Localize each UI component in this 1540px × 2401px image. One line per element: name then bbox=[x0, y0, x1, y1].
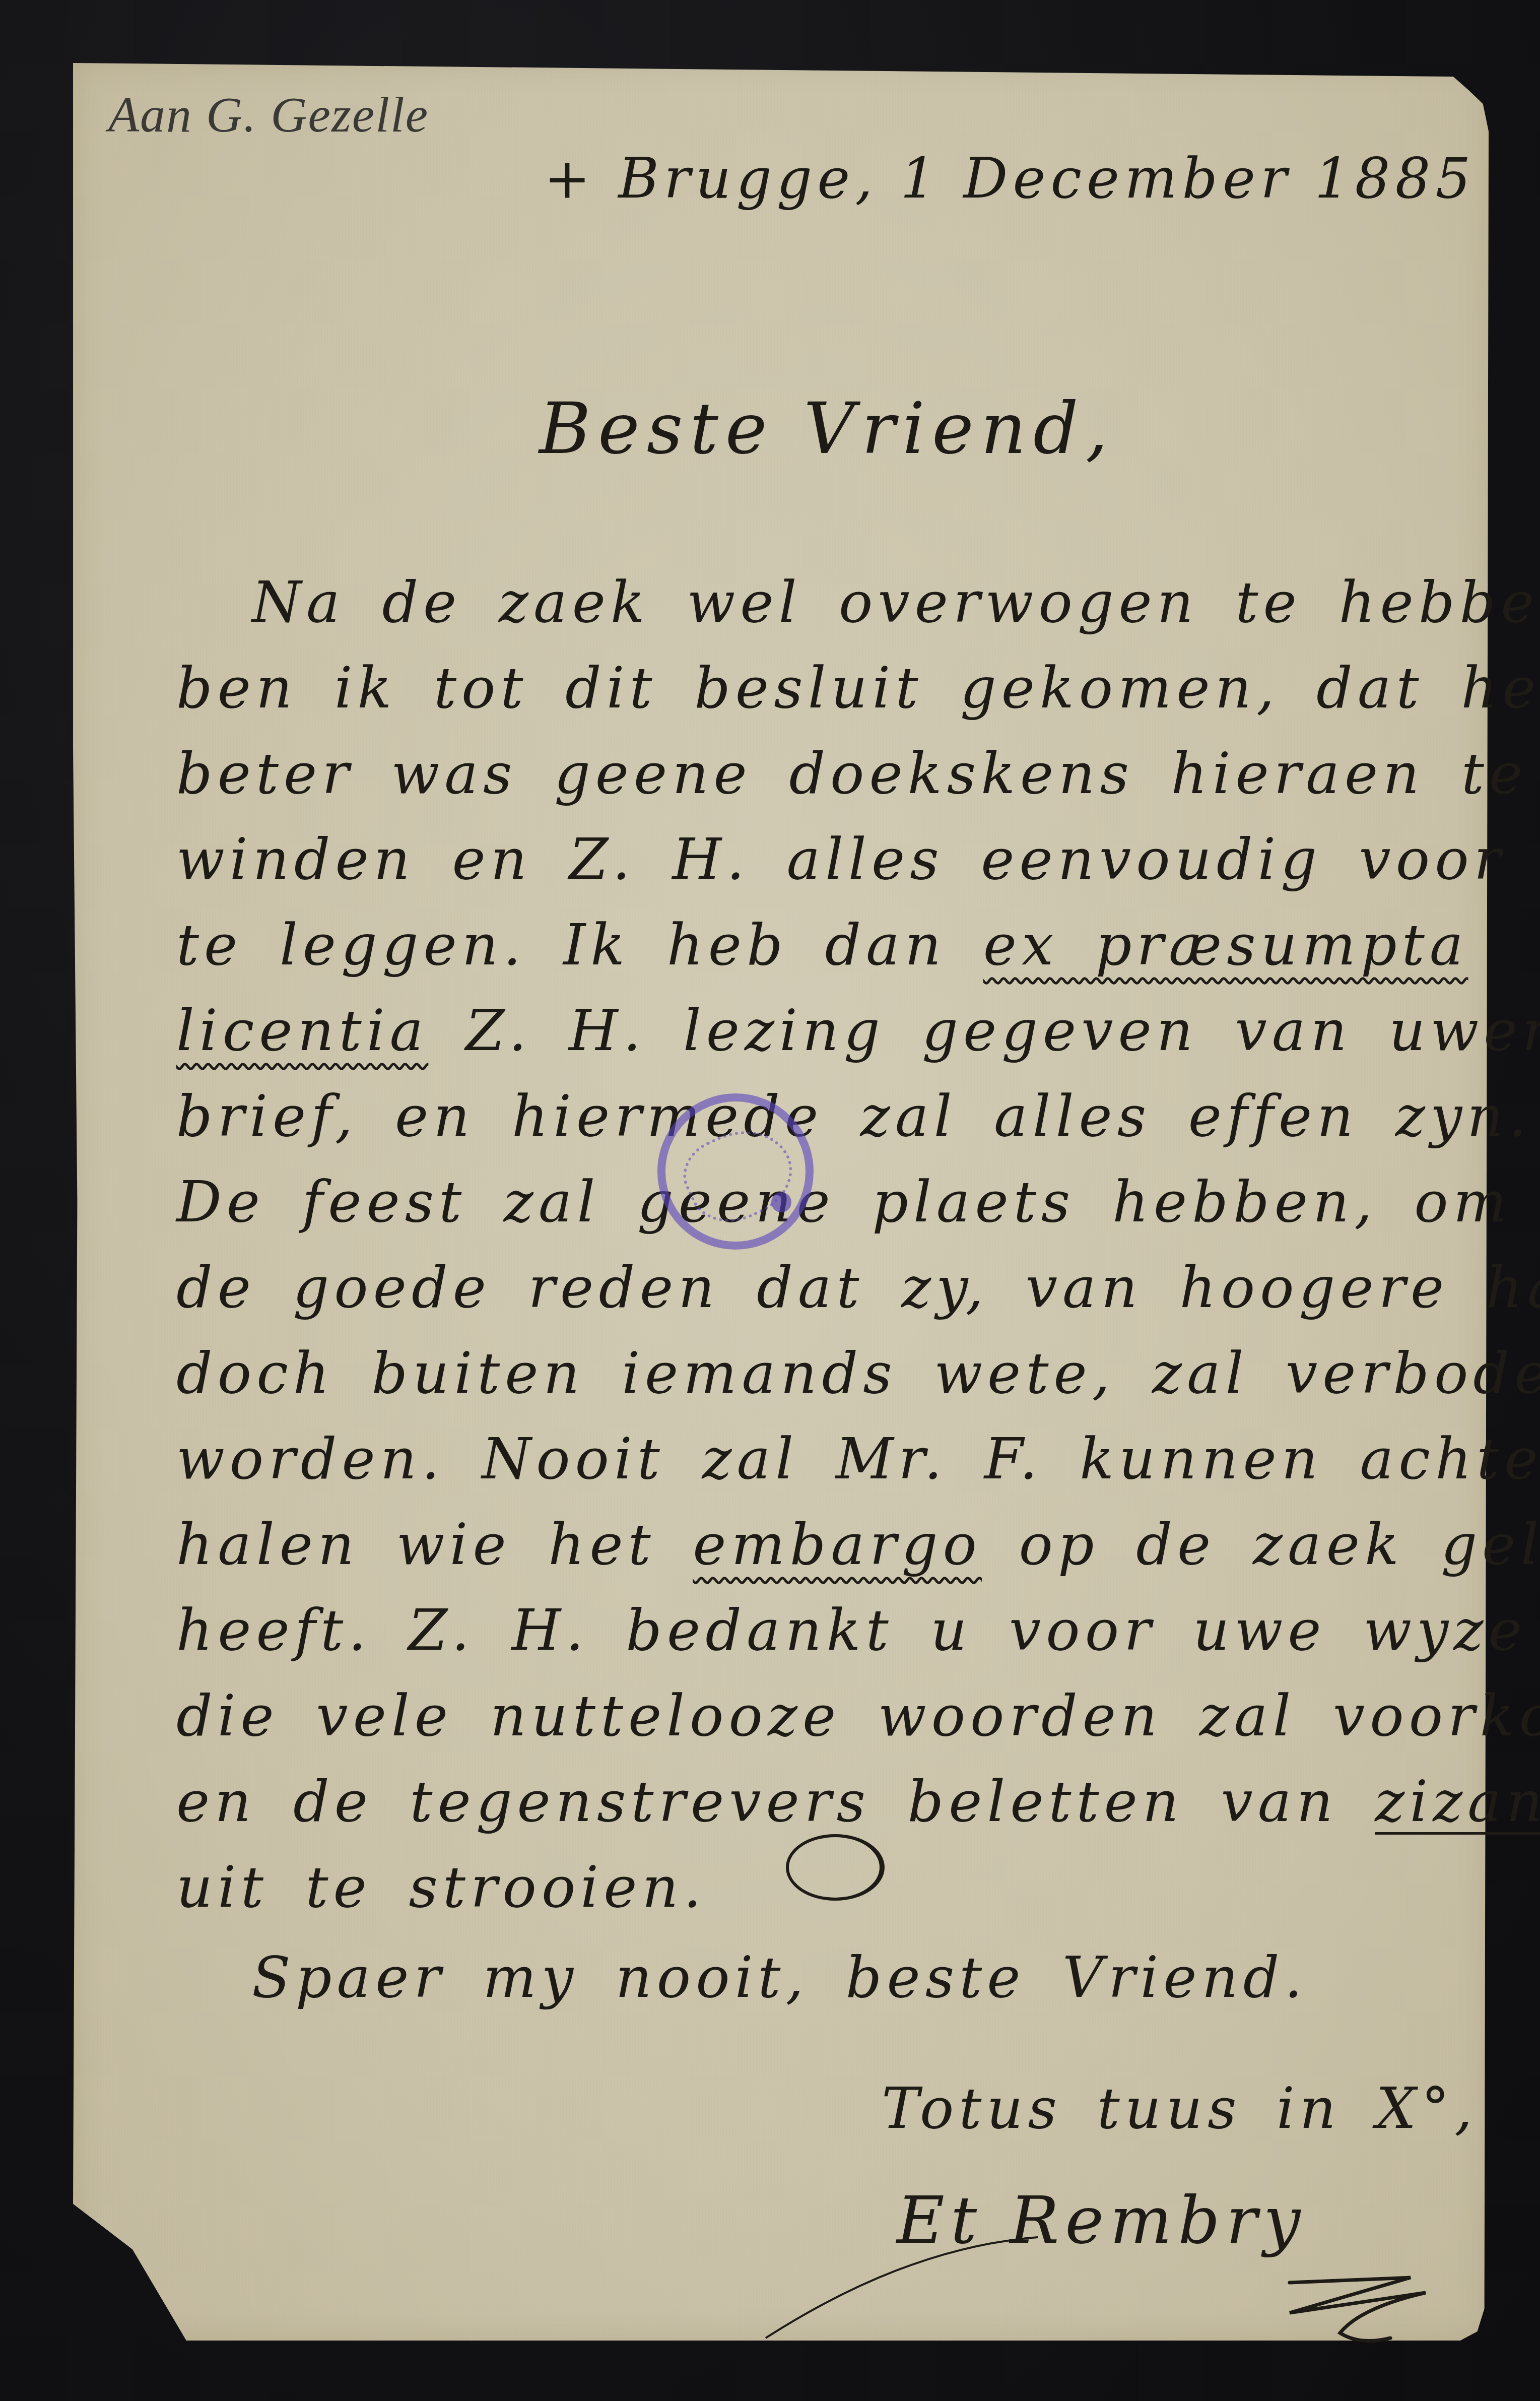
body-text: halen wie het bbox=[176, 1512, 693, 1578]
body-line: beter was geene doekskens hieraen te bbox=[176, 746, 1527, 802]
dateline: + Brugge, 1 December 1885 bbox=[544, 146, 1476, 211]
ink-stamp bbox=[657, 1093, 814, 1250]
body-line: ben ik tot dit besluit gekomen, dat het bbox=[176, 660, 1540, 717]
embargo-underlined: embargo bbox=[693, 1512, 982, 1578]
valediction: Totus tuus in X°, bbox=[882, 2076, 1478, 2142]
body-line: halen wie het embargo op de zaek geleid bbox=[176, 1517, 1540, 1573]
body-text: op de zaek geleid bbox=[982, 1512, 1540, 1578]
closing-line: Spaer my nooit, beste Vriend. bbox=[252, 1945, 1307, 2010]
body-line: uit te strooien. bbox=[176, 1859, 706, 1916]
body-line: die vele nuttelooze woorden zal voorkome… bbox=[176, 1688, 1540, 1744]
body-line: en de tegenstrevers beletten van zizania bbox=[176, 1774, 1540, 1830]
body-line: licentia Z. H. lezing gegeven van uwen bbox=[176, 1003, 1540, 1059]
signature-flourish bbox=[756, 2207, 1461, 2348]
salutation: Beste Vriend, bbox=[539, 388, 1115, 470]
latin-word-underlined: licentia bbox=[176, 998, 428, 1064]
zizania-underlined: zizania bbox=[1375, 1769, 1540, 1835]
latin-phrase-underlined: ex præsumpta bbox=[983, 913, 1468, 978]
pencil-note: Aan G. Gezelle bbox=[108, 86, 429, 144]
body-text: Z. H. lezing gegeven van uwen bbox=[428, 998, 1540, 1064]
body-text: te leggen. Ik heb dan bbox=[176, 913, 983, 978]
body-line: Na de zaek wel overwogen te hebben bbox=[252, 574, 1540, 631]
body-line: te leggen. Ik heb dan ex præsumpta bbox=[176, 917, 1468, 974]
body-line: worden. Nooit zal Mr. F. kunnen achter- bbox=[176, 1431, 1540, 1487]
body-line: winden en Z. H. alles eenvoudig voor oog… bbox=[176, 831, 1540, 888]
body-line: heeft. Z. H. bedankt u voor uwe wyze dae… bbox=[176, 1602, 1540, 1659]
body-line: brief, en hiermede zal alles effen zyn. bbox=[176, 1088, 1531, 1145]
body-line: doch buiten iemands wete, zal verboden bbox=[176, 1345, 1540, 1402]
body-line: de goede reden dat zy, van hoogere hand bbox=[176, 1260, 1540, 1316]
body-line: De feest zal geene plaets hebben, om bbox=[176, 1174, 1512, 1230]
body-text: en de tegenstrevers beletten van bbox=[176, 1769, 1375, 1835]
pen-flourish-loop bbox=[786, 1834, 885, 1901]
